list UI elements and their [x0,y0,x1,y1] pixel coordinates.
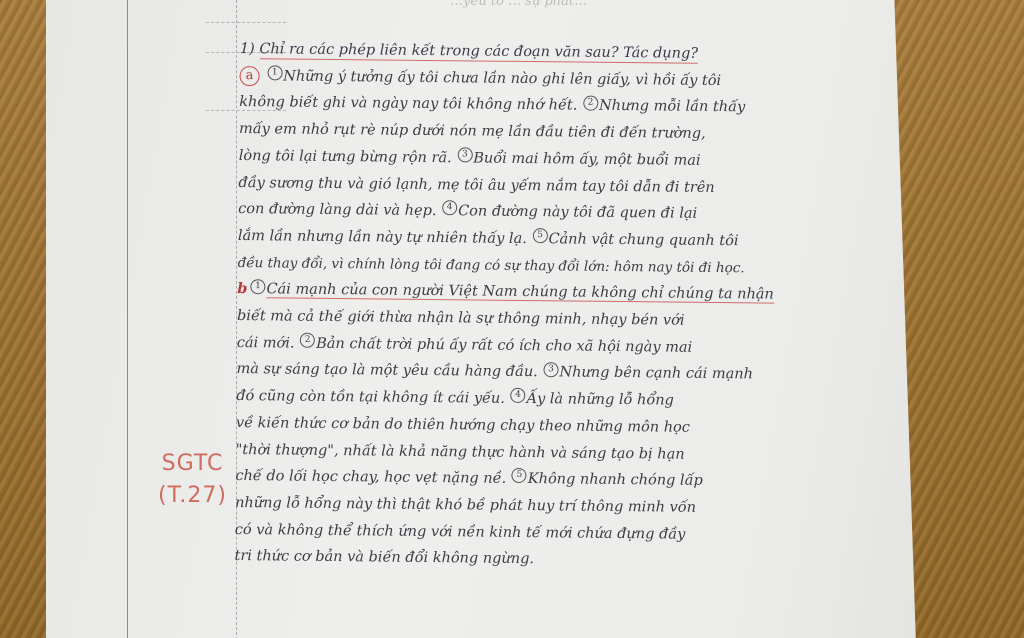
side-note-page: (T.27) [158,480,227,512]
wooden-desk-left [0,0,46,638]
sentence-number: 5 [512,468,527,483]
sentence-number: 2 [583,95,598,110]
faint-dashed-rule [206,22,286,23]
line-text: Con đường này tôi đã quen đi lại [458,204,697,223]
line-text: Cái mạnh của con người Việt Nam chúng ta… [266,282,774,304]
paragraph-a: a 1Những ý tưởng ấy tôi chưa lần nào ghi… [237,63,879,283]
line-text: Cảnh vật chung quanh tôi [548,231,738,249]
question-text: Chỉ ra các phép liên kết trong các đoạn … [259,41,698,64]
line-text: đó cũng còn tồn tại không ít cái yếu. [236,388,505,407]
side-note-book: SGTC [158,448,227,480]
sentence-number: 1 [267,65,282,80]
line-text: lòng tôi lại tưng bừng rộn rã. [239,148,452,166]
question-number: 1) [240,41,255,57]
margin-line-left [127,0,128,638]
line-text: chế do lối học chay, học vẹt nặng nề. [235,468,506,487]
paragraph-b-marker: b [237,280,247,297]
line-text: Không nhanh chóng lấp [528,471,703,489]
sentence-number: 4 [442,201,457,216]
line-text: Buổi mai hôm ấy, một buổi mai [473,150,700,168]
line-text: con đường làng dài và hẹp. [238,201,436,219]
sentence-number: 3 [457,147,472,162]
paragraph-a-marker: a [239,66,259,86]
line-text: Ấy là những lỗ hổng [526,391,674,409]
sentence-number: 4 [510,388,525,403]
sentence-number: 3 [543,362,558,377]
line-text: lắm lần nhưng lần này tự nhiên thấy lạ. [238,228,527,247]
faint-top-text: …yếu tố … sự phát… [450,0,587,9]
line-text: mà sự sáng tạo là một yêu cầu hàng đầu. [236,361,537,380]
line-text: Những ý tưởng ấy tôi chưa lần nào ghi lê… [283,68,721,89]
sentence-number: 5 [532,228,547,243]
paragraph-b: b1Cái mạnh của con người Việt Nam chúng … [234,276,877,576]
line-text: Nhưng bên cạnh cái mạnh [559,365,753,383]
sentence-number: 1 [250,279,265,294]
line-text: cái mới. [237,335,295,352]
sentence-number: 2 [300,333,315,348]
handwritten-content: 1) Chỉ ra các phép liên kết trong các đo… [234,36,880,577]
side-note-reference: SGTC (T.27) [158,448,227,512]
wooden-desk-right [904,0,1024,638]
line-text: Bản chất trời phú ấy rất có ích cho xã h… [316,336,692,356]
line-text: Nhưng mỗi lần thấy [599,98,745,116]
line-text: không biết ghi và ngày nay tôi không nhớ… [239,94,577,114]
